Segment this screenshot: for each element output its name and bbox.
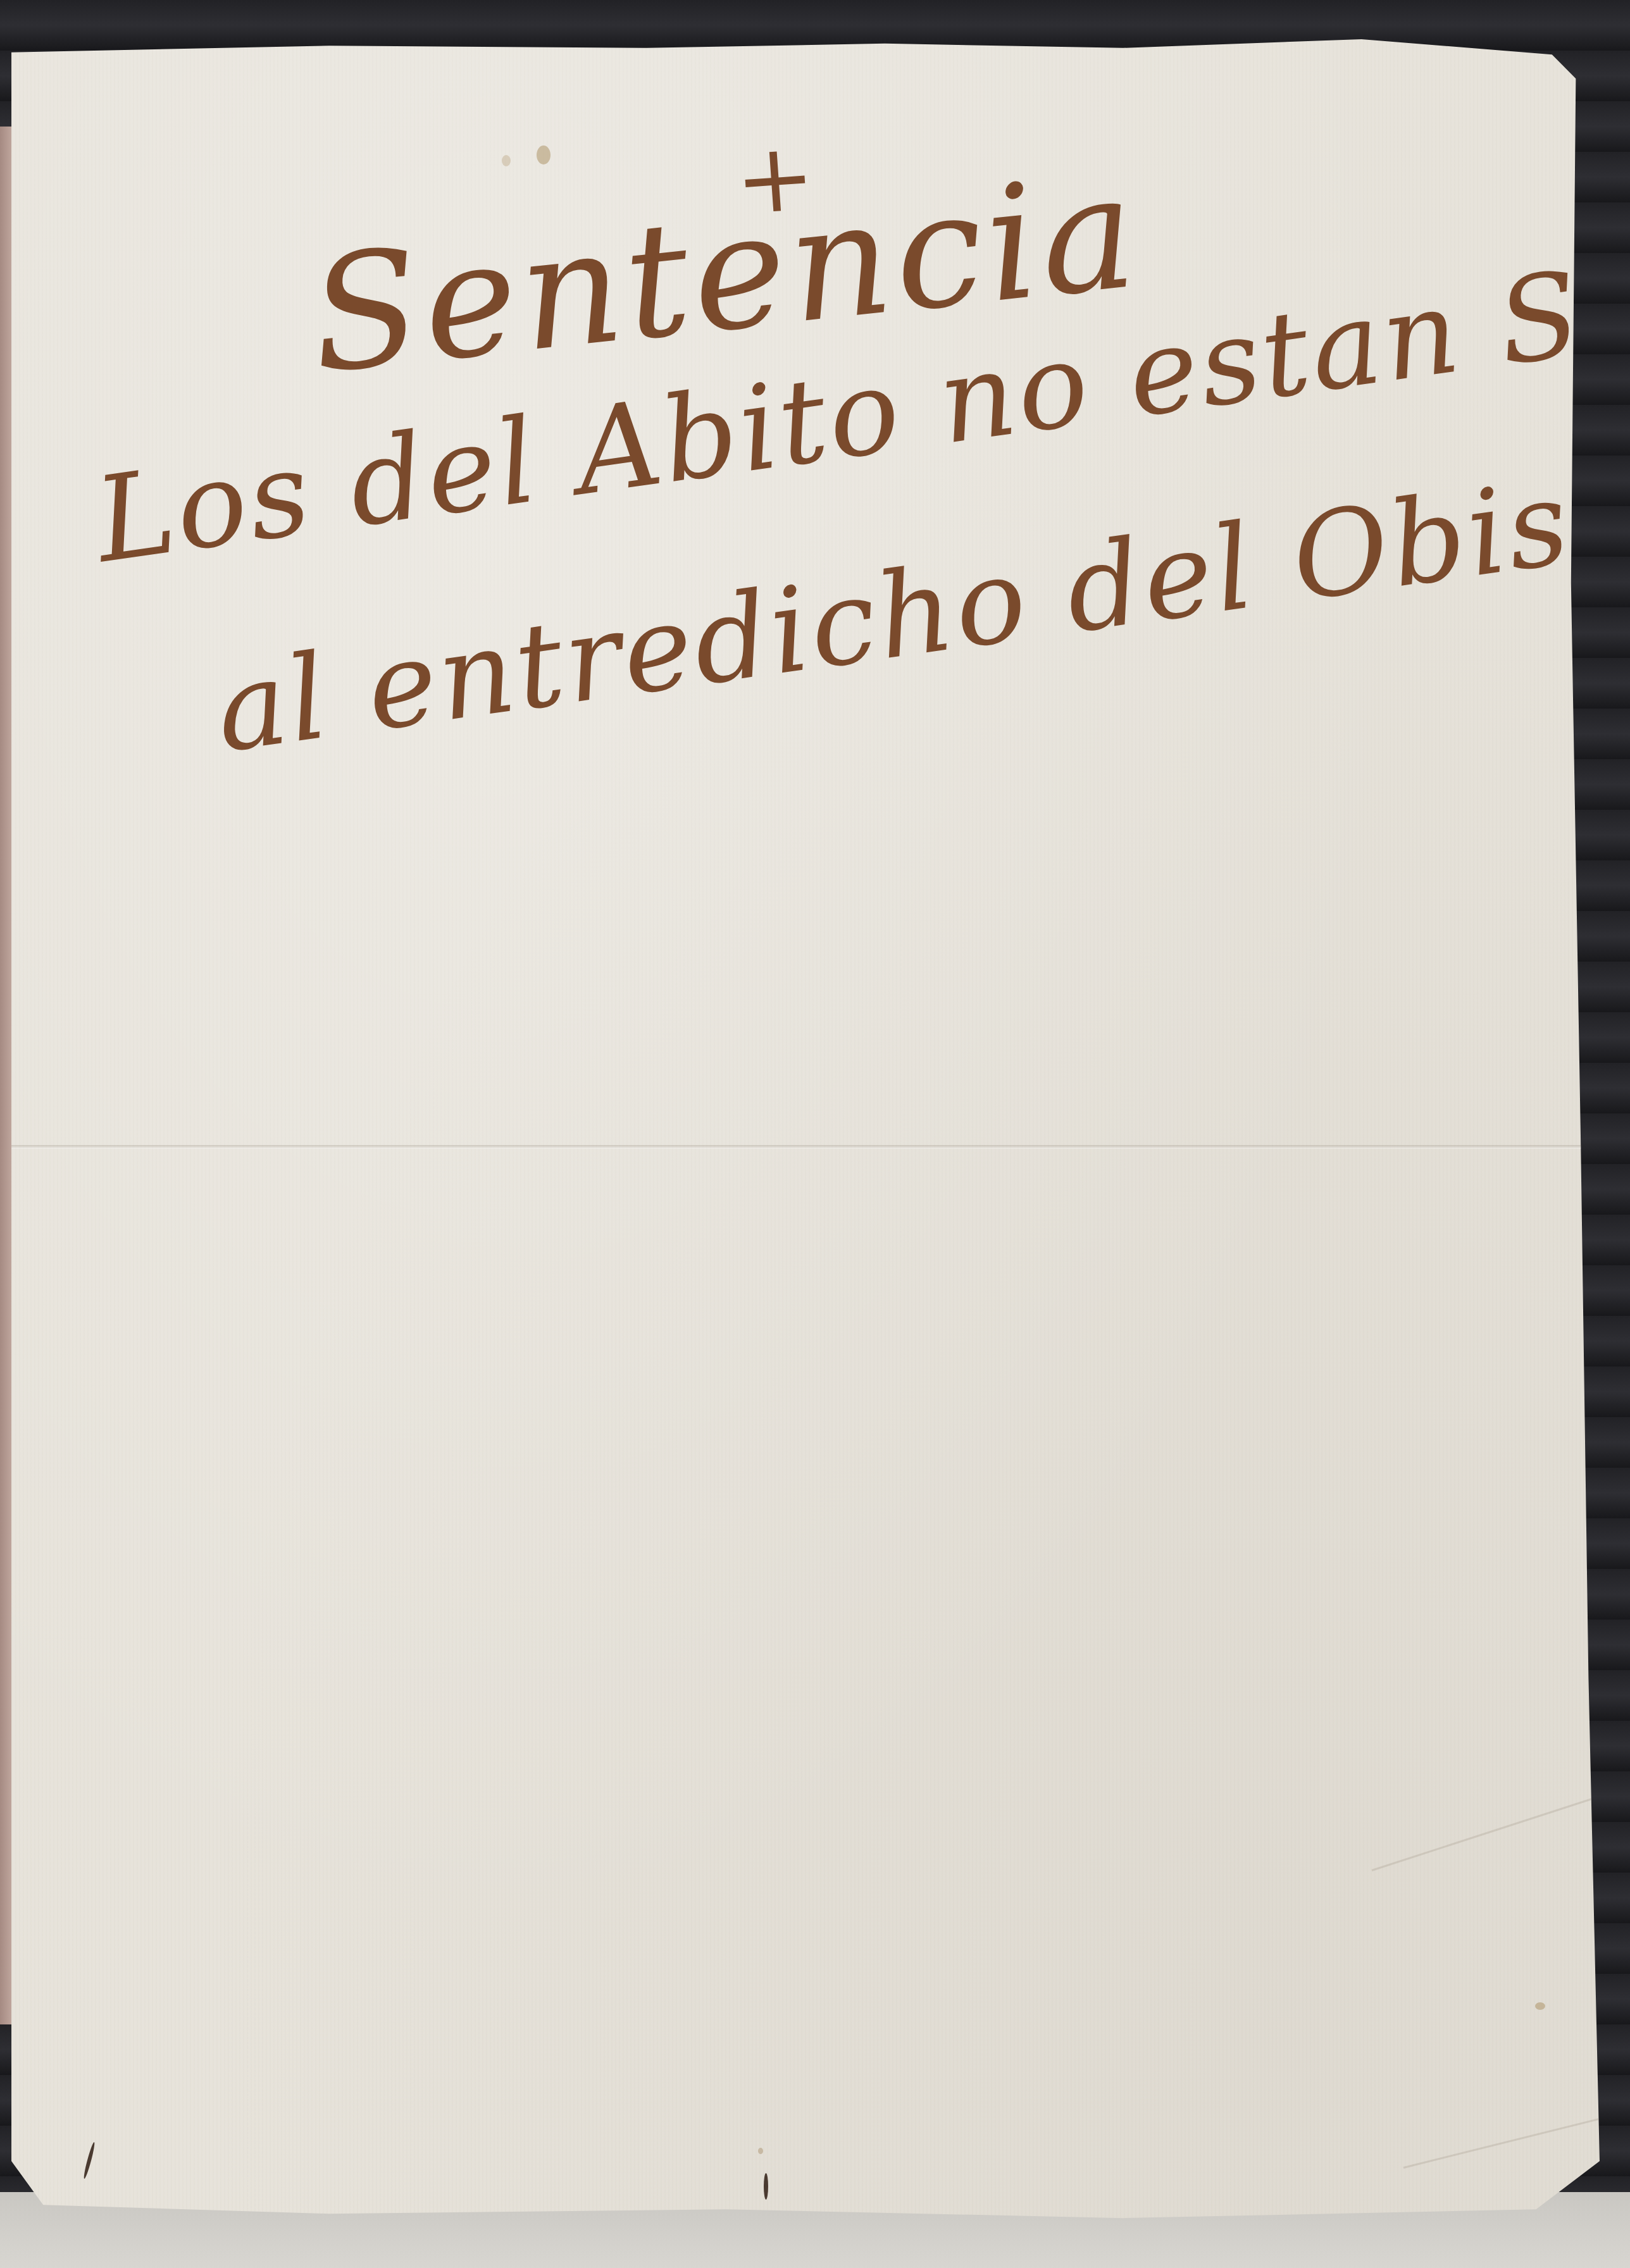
foxing-stain	[537, 146, 551, 164]
manuscript-page: + Sentencia Los del Abito no estan Sujet…	[11, 35, 1600, 2227]
horizontal-fold-line	[11, 1145, 1600, 1149]
paper-damage-mark	[764, 2173, 768, 2200]
paper-crease	[1372, 1795, 1601, 1871]
foxing-stain	[502, 155, 511, 166]
foxing-stain	[1535, 2002, 1545, 2010]
paper-damage-mark	[758, 2148, 763, 2154]
paper-crease	[1403, 2118, 1600, 2169]
paper-damage-mark	[82, 2141, 96, 2179]
